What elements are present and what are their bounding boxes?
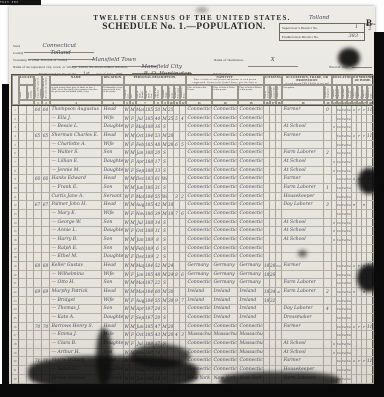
table-row: 126767Palmer John H.HeadWMAug185742M18Co… xyxy=(12,201,372,210)
cell-f xyxy=(42,210,50,219)
cell-f xyxy=(42,271,50,280)
cell-d: 67 xyxy=(34,201,42,210)
cell-oc: Day Laborer xyxy=(282,201,324,210)
cell-mu: 2 xyxy=(324,149,332,158)
line-number: 8 xyxy=(12,167,19,176)
cell-by: 1883 xyxy=(145,158,154,167)
cell-h xyxy=(27,271,34,280)
cell-by: 1852 xyxy=(145,271,154,280)
line-number: 4 xyxy=(12,132,19,141)
cell-bp: Connecticut xyxy=(186,123,212,132)
cell-st xyxy=(19,271,27,280)
cell-fp: Connecticut xyxy=(212,141,238,150)
cell-nm: — George W. xyxy=(50,219,102,228)
cell-oc: At School xyxy=(282,349,324,358)
cell-mp: Connecticut xyxy=(238,253,264,262)
cell-d xyxy=(34,305,42,314)
cell-mu xyxy=(324,349,332,358)
cell-ag: 22 xyxy=(154,279,162,288)
cell-mu xyxy=(324,193,332,202)
line-number: 1 xyxy=(12,106,19,115)
table-row: 6— Walter S.SonWMJan188020SConnecticutCo… xyxy=(12,149,372,158)
cell-st xyxy=(19,149,27,158)
census-table-header: LOCATION.NAMERELATION.PERSONAL DESCRIPTI… xyxy=(11,74,373,106)
line-number: 3 xyxy=(12,123,19,132)
cell-d xyxy=(34,219,42,228)
cell-h xyxy=(27,340,34,349)
cell-bp: Connecticut xyxy=(186,193,212,202)
column-group-personal-description-: PERSONAL DESCRIPTION. xyxy=(124,75,186,85)
cell-by: 1888 xyxy=(145,227,154,236)
cell-by: 1868 xyxy=(145,184,154,193)
cell-mu: 1 xyxy=(324,184,332,193)
cell-d xyxy=(34,227,42,236)
cell-mu xyxy=(324,340,332,349)
cell-st xyxy=(19,375,27,384)
cell-bp: Connecticut xyxy=(186,132,212,141)
table-row: 27— Emma J.WifeWFOct185643M2043Massachus… xyxy=(12,331,372,340)
cell-bp: Connecticut xyxy=(186,340,212,349)
cell-rl: Wife xyxy=(102,115,124,124)
cell-bp: Connecticut xyxy=(186,236,212,245)
cell-fp: Connecticut xyxy=(212,193,238,202)
cell-st xyxy=(19,340,27,349)
house-number-column-header: House number. xyxy=(27,85,34,100)
cell-bm: Sep xyxy=(136,314,145,323)
cell-d: 66 xyxy=(34,175,42,184)
line-number: 7 xyxy=(12,158,19,167)
table-row: 13— Mary E.WifeWFNov186039M1876Connectic… xyxy=(12,210,372,219)
cell-oc xyxy=(282,210,324,219)
cell-st xyxy=(19,175,27,184)
cell-by: 1838 xyxy=(145,175,154,184)
cell-by: 1852 xyxy=(145,323,154,332)
cell-mu xyxy=(324,227,332,236)
table-row: 196868Keller GustavHeadWMMay184852M24Ger… xyxy=(12,262,372,271)
cell-rl: Wife xyxy=(102,271,124,280)
cell-rl: Daughter xyxy=(102,167,124,176)
cell-st xyxy=(19,193,27,202)
cell-bp: Connecticut xyxy=(186,175,212,184)
cell-nm: — Charlotte A. xyxy=(50,141,102,150)
column-group-relation-: RELATION. xyxy=(102,75,124,85)
cell-mu xyxy=(324,253,332,262)
cell-st xyxy=(19,115,27,124)
dwelling-number-column-header: Number of dwelling-house in the order of… xyxy=(34,75,42,100)
institution-value: X xyxy=(271,57,275,63)
cell-d: 68 xyxy=(34,262,42,271)
cell-mu xyxy=(324,210,332,219)
nativity-sub-2: Place of birth of Father of this person. xyxy=(212,85,238,100)
line-number: 13 xyxy=(12,210,19,219)
cell-mp: Connecticut xyxy=(238,167,264,176)
cell-hs xyxy=(367,297,374,306)
cell-mp: Connecticut xyxy=(238,132,264,141)
cell-mu xyxy=(324,167,332,176)
ink-stain xyxy=(298,250,307,257)
table-row: 17— Ralph E.SonWMFeb18946SConnecticutCon… xyxy=(12,245,372,254)
census-document: TWELFTH CENSUS OF THE UNITED STATES. SCH… xyxy=(9,6,375,392)
cell-st xyxy=(19,158,27,167)
cell-f: 68 xyxy=(42,262,50,271)
cell-bp: Connecticut xyxy=(186,210,212,219)
cell-oc xyxy=(282,331,324,340)
cell-fp: Germany xyxy=(212,271,238,280)
cell-st xyxy=(19,245,27,254)
cell-by: 1840 xyxy=(145,288,154,297)
cell-bp: Ireland xyxy=(186,288,212,297)
column-group-ownership-of-home-: OWNERSHIP OF HOME. xyxy=(352,75,374,85)
cell-d xyxy=(34,123,42,132)
cell-h xyxy=(27,227,34,236)
column-number-4: 4 xyxy=(102,100,124,105)
right-film-edge xyxy=(374,32,384,397)
cell-mu xyxy=(324,271,332,280)
cell-mp: Connecticut xyxy=(238,236,264,245)
cell-ag: 11 xyxy=(154,227,162,236)
nativity-sub-1: Place of birth of this Person. xyxy=(186,85,212,100)
cell-ag: 16 xyxy=(154,123,162,132)
cell-f xyxy=(42,184,50,193)
cell-ag: 42 xyxy=(154,201,162,210)
cell-rl: Daughter xyxy=(102,158,124,167)
cell-bp: Germany xyxy=(186,262,212,271)
cell-nm: — Mary E. xyxy=(50,210,102,219)
cell-ag: 53 xyxy=(154,132,162,141)
cell-oc: Dressmaker xyxy=(282,314,324,323)
cell-f xyxy=(42,149,50,158)
line-number-margin xyxy=(12,75,19,105)
cell-rl: Head xyxy=(102,201,124,210)
cell-oc xyxy=(282,297,324,306)
cell-hs xyxy=(367,331,374,340)
cell-nm: Curtis Jane A. xyxy=(50,193,102,202)
table-row: 46565Sherman Charles E.HeadWMOct184653M2… xyxy=(12,132,372,141)
cell-d xyxy=(34,297,42,306)
cell-ag: 14 xyxy=(154,219,162,228)
cell-bm: Aug xyxy=(136,201,145,210)
column-number-20: 20 xyxy=(324,100,332,105)
cell-hs xyxy=(367,193,374,202)
cell-ag: 13 xyxy=(154,167,162,176)
table-row: 29— Arthur H.SonWMNov188514SConnecticutC… xyxy=(12,349,372,358)
cell-oc: At School xyxy=(282,340,324,349)
cell-bp: Massachusetts xyxy=(186,331,212,340)
cell-nm: Palmer John H. xyxy=(50,201,102,210)
cell-d xyxy=(34,253,42,262)
cell-f xyxy=(42,314,50,323)
cell-d xyxy=(34,184,42,193)
cell-d: 65 xyxy=(34,132,42,141)
cell-fp: Connecticut xyxy=(212,253,238,262)
cell-nm: — Kate A. xyxy=(50,314,102,323)
cell-f xyxy=(42,236,50,245)
table-row: 267070Barrows Henry S.HeadWMJun185247M20… xyxy=(12,323,372,332)
cell-st xyxy=(19,167,27,176)
cell-bm: Apr xyxy=(136,158,145,167)
column-number-3: 3 xyxy=(50,100,102,105)
cell-rl: Son xyxy=(102,149,124,158)
cell-d xyxy=(34,331,42,340)
cell-fp: Connecticut xyxy=(212,219,238,228)
column-group-nativity-: NATIVITY.Place of birth of each person a… xyxy=(186,75,264,85)
cell-fp: Connecticut xyxy=(212,149,238,158)
cell-h xyxy=(27,279,34,288)
census-table-body: 16464Thompson AugustusHeadWMMar185050M25… xyxy=(11,106,373,385)
cell-rl: Daughter xyxy=(102,123,124,132)
cell-st xyxy=(19,201,27,210)
cell-f xyxy=(42,305,50,314)
line-number: 22 xyxy=(12,288,19,297)
cell-by: 1860 xyxy=(145,210,154,219)
cell-hs xyxy=(367,219,374,228)
cell-d xyxy=(34,149,42,158)
line-number: 15 xyxy=(12,227,19,236)
cell-bm: Jan xyxy=(136,149,145,158)
cell-oc: Farmer xyxy=(282,106,324,115)
cell-fp: Connecticut xyxy=(212,184,238,193)
cell-nm: — Bridget xyxy=(50,297,102,306)
line-number: 30 xyxy=(12,357,19,366)
street-column-header: Street. xyxy=(19,85,27,100)
cell-hs xyxy=(367,340,374,349)
line-number: 26 xyxy=(12,323,19,332)
cell-h xyxy=(27,297,34,306)
cell-f xyxy=(42,349,50,358)
cell-ag: 24 xyxy=(154,305,162,314)
cell-mp: Connecticut xyxy=(238,219,264,228)
left-film-edge xyxy=(2,84,9,392)
cell-st xyxy=(19,288,27,297)
cell-h xyxy=(27,210,34,219)
cell-mu xyxy=(324,357,332,366)
cell-oc: At School xyxy=(282,219,324,228)
cell-h xyxy=(27,132,34,141)
cell-st xyxy=(19,262,27,271)
table-row: 21— Otto H.SonWMMar187822SConnecticutGer… xyxy=(12,279,372,288)
cell-st xyxy=(19,210,27,219)
cell-mu xyxy=(324,219,332,228)
cell-mu xyxy=(324,132,332,141)
table-row: 10— Frank E.SonWMJun186831SConnecticutCo… xyxy=(12,184,372,193)
cell-ag: 55 xyxy=(154,193,162,202)
cell-st xyxy=(19,141,27,150)
column-number-1: 1 xyxy=(34,100,42,105)
schedule-title: SCHEDULE No. 1.—POPULATION. xyxy=(69,22,299,32)
cell-nm: — Clara B. xyxy=(50,340,102,349)
line-number: 24 xyxy=(12,305,19,314)
cell-bm: Feb xyxy=(136,245,145,254)
cell-mu xyxy=(324,115,332,124)
cell-nm: — Annie L. xyxy=(50,227,102,236)
cell-mu xyxy=(324,314,332,323)
cell-nm: — Emma J. xyxy=(50,331,102,340)
cell-st xyxy=(19,297,27,306)
cell-oc: Housekeeper xyxy=(282,193,324,202)
cell-oc: Farmer xyxy=(282,323,324,332)
cell-st xyxy=(19,106,27,115)
cell-h xyxy=(27,115,34,124)
table-row: 18— Ethel M.DaughterWFDec18972SConnectic… xyxy=(12,253,372,262)
citizenship-sub-3: Naturalization. xyxy=(276,85,282,100)
line-number: 23 xyxy=(12,297,19,306)
cell-st xyxy=(19,132,27,141)
cell-h xyxy=(27,175,34,184)
cell-mp: Connecticut xyxy=(238,193,264,202)
cell-nm: — Otto H. xyxy=(50,279,102,288)
cell-st xyxy=(19,314,27,323)
cell-rl: Son xyxy=(102,219,124,228)
cell-fp: Connecticut xyxy=(212,236,238,245)
cell-by: 1878 xyxy=(145,279,154,288)
cell-rl: Daughter xyxy=(102,314,124,323)
cell-f: 67 xyxy=(42,201,50,210)
cell-hs xyxy=(367,210,374,219)
line-number: 9 xyxy=(12,175,19,184)
cell-mu xyxy=(324,236,332,245)
cell-ag: 55 xyxy=(154,297,162,306)
cell-fp: Connecticut xyxy=(212,106,238,115)
cell-nm: — Thomas J. xyxy=(50,305,102,314)
cell-ag: 50 xyxy=(154,106,162,115)
cell-oc xyxy=(282,141,324,150)
cell-oc: At School xyxy=(282,123,324,132)
cell-nm: Sherman Charles E. xyxy=(50,132,102,141)
cell-bp: Connecticut xyxy=(186,149,212,158)
line-number: 31 xyxy=(12,366,19,375)
scanned-census-page: T623 383 TWELFTH CENSUS OF THE UNITED ST… xyxy=(0,0,384,397)
ink-stain xyxy=(220,372,340,390)
cell-by: 1857 xyxy=(145,201,154,210)
cell-by: 1894 xyxy=(145,245,154,254)
table-row: 15— Annie L.DaughterWFOct188811SConnecti… xyxy=(12,227,372,236)
enumeration-district-label: Enumeration District No. xyxy=(282,35,319,39)
cell-f xyxy=(42,115,50,124)
table-row: 23— BridgetWifeWFAug184455M3097IrelandIr… xyxy=(12,297,372,306)
line-number: 6 xyxy=(12,149,19,158)
cell-h xyxy=(27,323,34,332)
cell-by: 1897 xyxy=(145,253,154,262)
cell-hs: 113 xyxy=(367,132,374,141)
cell-h xyxy=(27,141,34,150)
table-row: 5— Charlotte A.WifeWFFeb185248M2865Conne… xyxy=(12,141,372,150)
cell-by: 1879 xyxy=(145,314,154,323)
cell-h xyxy=(27,314,34,323)
cell-fp: Connecticut xyxy=(212,323,238,332)
cell-d xyxy=(34,167,42,176)
cell-d xyxy=(34,158,42,167)
line-number: 21 xyxy=(12,279,19,288)
cell-d xyxy=(34,141,42,150)
cell-oc xyxy=(282,115,324,124)
cell-hs xyxy=(367,366,374,375)
cell-rl: Head xyxy=(102,132,124,141)
cell-bm: May xyxy=(136,262,145,271)
cell-bm: Feb xyxy=(136,141,145,150)
cell-rl: Son xyxy=(102,236,124,245)
personal-description-sub-9: Number of these children living. xyxy=(180,85,186,100)
cell-fp: Ireland xyxy=(212,314,238,323)
cell-oc: Farm Laborer xyxy=(282,149,324,158)
cell-by: 1844 xyxy=(145,297,154,306)
column-number-2: 2 xyxy=(42,100,50,105)
cell-fp: Connecticut xyxy=(212,175,238,184)
cell-st xyxy=(19,219,27,228)
cell-f xyxy=(42,167,50,176)
cell-mu xyxy=(324,331,332,340)
cell-rl: Wife xyxy=(102,141,124,150)
cell-rl: Head xyxy=(102,262,124,271)
table-row: 3— Bessie L.DaughterWFMay188416SConnecti… xyxy=(12,123,372,132)
cell-fp: Connecticut xyxy=(212,245,238,254)
cell-by: 1850 xyxy=(145,106,154,115)
cell-bm: Oct xyxy=(136,331,145,340)
cell-mu xyxy=(324,279,332,288)
cell-mp: Massachusetts xyxy=(238,331,264,340)
column-number-8: 8 xyxy=(154,100,162,105)
table-row: 11Curtis Jane A.ServantWFMar184555Wd32Co… xyxy=(12,193,372,202)
cell-hs xyxy=(367,149,374,158)
cell-mu: 4 xyxy=(324,305,332,314)
cell-d xyxy=(34,271,42,280)
cell-h xyxy=(27,106,34,115)
cell-st xyxy=(19,331,27,340)
personal-description-sub-4: Date of Birth — Year. xyxy=(145,85,154,100)
cell-f xyxy=(42,123,50,132)
cell-bm: Mar xyxy=(136,193,145,202)
cell-f xyxy=(42,158,50,167)
cell-st xyxy=(19,253,27,262)
cell-hs xyxy=(367,141,374,150)
cell-by: 1856 xyxy=(145,331,154,340)
family-number-column-header: Number of family in the order of visitat… xyxy=(42,75,50,100)
cell-st xyxy=(19,123,27,132)
cell-ag: 31 xyxy=(154,184,162,193)
line-number: 10 xyxy=(12,184,19,193)
cell-st xyxy=(19,366,27,375)
cell-oc: Farmer xyxy=(282,175,324,184)
cell-d xyxy=(34,340,42,349)
cell-oc: At School xyxy=(282,167,324,176)
cell-by: 1885 xyxy=(145,219,154,228)
table-row: 226969Murphy PatrickHeadWMMar184060M30Ir… xyxy=(12,288,372,297)
cell-rl: Daughter xyxy=(102,253,124,262)
cell-mp: Ireland xyxy=(238,305,264,314)
cell-d xyxy=(34,236,42,245)
cell-hs xyxy=(367,253,374,262)
cell-fp: Germany xyxy=(212,279,238,288)
supervisor-district-value: 1 xyxy=(355,24,358,30)
line-number: 32 xyxy=(12,375,19,384)
cell-h xyxy=(27,193,34,202)
cell-st xyxy=(19,323,27,332)
table-row: 16— Harry B.SonWMJun18918SConnecticutCon… xyxy=(12,236,372,245)
cell-st xyxy=(19,227,27,236)
cell-rl: Servant xyxy=(102,193,124,202)
cell-f xyxy=(42,340,50,349)
cell-oc: At School xyxy=(282,227,324,236)
cell-f xyxy=(42,193,50,202)
cell-bp: Connecticut xyxy=(186,253,212,262)
cell-fp: Ireland xyxy=(212,297,238,306)
line-number: 17 xyxy=(12,245,19,254)
cell-ag: 20 xyxy=(154,149,162,158)
table-row: 28— Clara B.DaughterWFJul188217SConnecti… xyxy=(12,340,372,349)
cell-rl: Wife xyxy=(102,210,124,219)
line-number: 20 xyxy=(12,271,19,280)
cell-nm: Barrows Henry S. xyxy=(50,323,102,332)
cell-hs xyxy=(367,305,374,314)
